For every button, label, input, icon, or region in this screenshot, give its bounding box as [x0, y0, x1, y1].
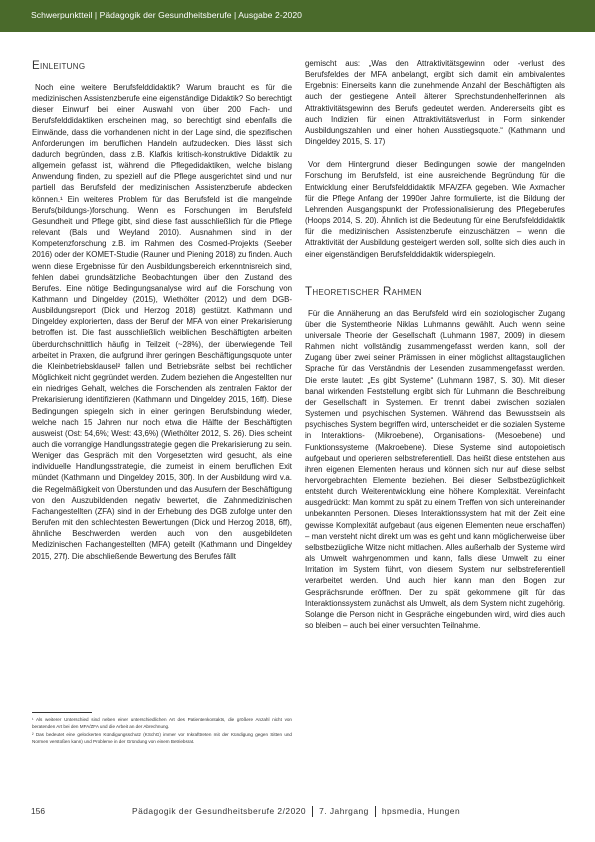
running-header-bar: Schwerpunktteil | Pädagogik der Gesundhe… [0, 0, 595, 32]
publisher: hpsmedia, Hungen [382, 806, 460, 816]
page-footer: 156 Pädagogik der Gesundheitsberufe 2/20… [0, 806, 595, 820]
body-paragraph: Noch eine weitere Berufsfelddidaktik? Wa… [32, 82, 292, 562]
journal-name: Pädagogik der Gesundheitsberufe 2/2020 [132, 806, 306, 816]
body-paragraph: gemischt aus: „Was den Attraktivitätsgew… [305, 58, 565, 147]
right-column: gemischt aus: „Was den Attraktivitätsgew… [305, 58, 565, 631]
section-spacer [305, 260, 565, 286]
footer-separator [312, 806, 313, 817]
paragraph-spacer [305, 147, 565, 159]
journal-volume: 7. Jahrgang [319, 806, 369, 816]
footer-citation: Pädagogik der Gesundheitsberufe 2/20207.… [132, 806, 460, 817]
page-number: 156 [31, 806, 45, 816]
section-title-theoretischer-rahmen: Theoretischer Rahmen [305, 286, 565, 298]
body-paragraph: Für die Annäherung an das Berufsfeld wir… [305, 308, 565, 632]
footnote-1: ¹ Als weiterer Unterschied sind neben ei… [32, 717, 292, 730]
footnote-divider [32, 712, 92, 713]
running-header-title: Schwerpunktteil | Pädagogik der Gesundhe… [31, 10, 302, 20]
footnotes: ¹ Als weiterer Unterschied sind neben ei… [32, 717, 292, 747]
section-title-einleitung: Einleitung [32, 60, 292, 72]
body-paragraph: Vor dem Hintergrund dieser Bedingungen s… [305, 159, 565, 259]
footnote-2: ² Das bedeutet eine gelockerten Kündigun… [32, 732, 292, 745]
left-column: Einleitung Noch eine weitere Berufsfeldd… [32, 60, 292, 562]
footer-separator [375, 806, 376, 817]
